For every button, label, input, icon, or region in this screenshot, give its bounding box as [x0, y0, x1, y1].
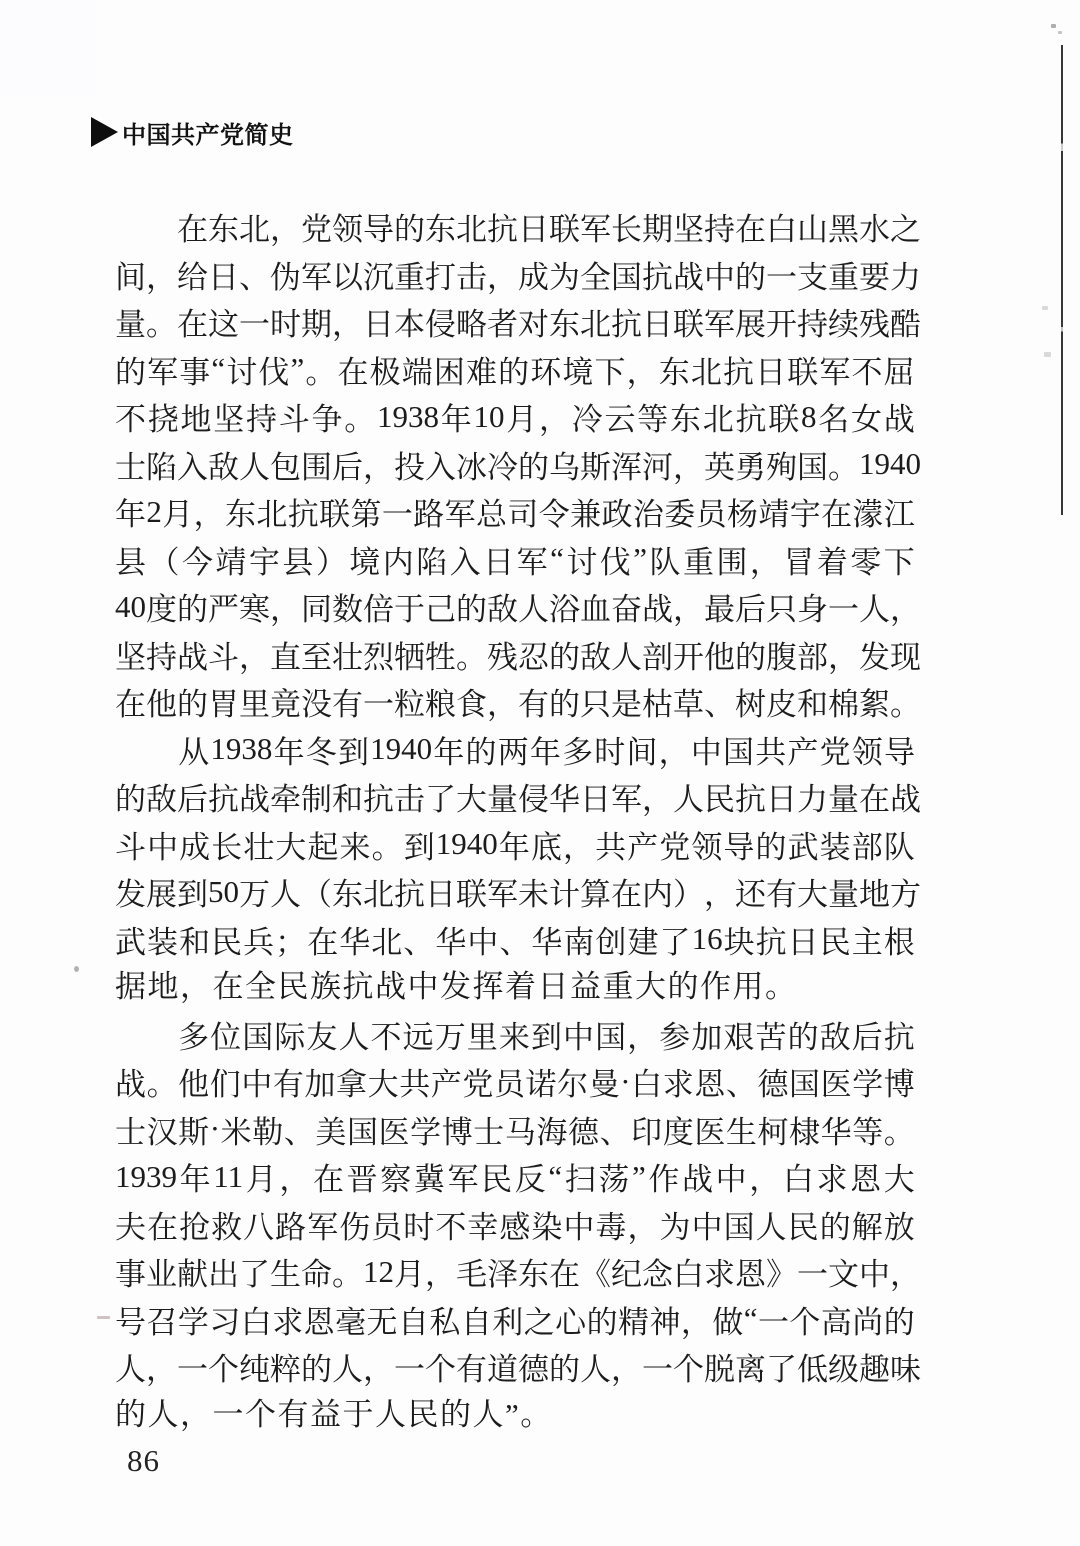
scan-speck — [1044, 352, 1051, 357]
text-line: 事业献出了生命。12月，毛泽东在《纪念白求恩》一文中， — [115, 1248, 915, 1296]
scan-corner-tint — [0, 0, 95, 95]
text-line: 量。在这一时期，日本侵略者对东北抗日联军展开持续残酷 — [115, 298, 915, 346]
text-line: 在东北，党领导的东北抗日联军长期坚持在白山黑水之 — [115, 203, 915, 251]
scan-speck — [1058, 31, 1062, 34]
text-line: 多位国际友人不远万里来到中国，参加艰苦的敌后抗 — [115, 1011, 915, 1059]
text-line: 士陷入敌人包围后，投入冰冷的乌斯浑河，英勇殉国。1940 — [115, 441, 915, 489]
text-line: 40度的严寒，同数倍于己的敌人浴血奋战，最后只身一人， — [115, 583, 915, 631]
book-title: 中国共产党简史 — [122, 115, 294, 150]
margin-dot-artifact — [74, 966, 79, 972]
body-text: 在东北，党领导的东北抗日联军长期坚持在白山黑水之间，给日、伪军以沉重打击，成为全… — [115, 203, 915, 1438]
text-line: 从1938年冬到1940年的两年多时间，中国共产党领导 — [115, 726, 915, 774]
scan-artifact-line — [1061, 45, 1063, 515]
text-line: 不挠地坚持斗争。1938年10月，冷云等东北抗联8名女战 — [115, 393, 915, 441]
book-page: 中国共产党简史 在东北，党领导的东北抗日联军长期坚持在白山黑水之间，给日、伪军以… — [0, 0, 1080, 1546]
text-line: 坚持战斗，直至壮烈牺牲。残忍的敌人剖开他的腹部，发现 — [115, 631, 915, 679]
right-triangle-icon — [91, 117, 118, 147]
text-line: 战。他们中有加拿大共产党员诺尔曼·白求恩、德国医学博 — [115, 1058, 915, 1106]
text-line: 的军事“讨伐”。在极端困难的环境下，东北抗日联军不屈 — [115, 346, 915, 394]
text-line: 夫在抢救八路军伤员时不幸感染中毒，为中国人民的解放 — [115, 1201, 915, 1249]
text-line: 的敌后抗战牵制和抗击了大量侵华日军，人民抗日力量在战 — [115, 773, 915, 821]
text-line: 年2月，东北抗联第一路军总司令兼政治委员杨靖宇在濛江 — [115, 488, 915, 536]
page-number: 86 — [127, 1443, 160, 1479]
text-line: 县（今靖宇县）境内陷入日军“讨伐”队重围，冒着零下 — [115, 536, 915, 584]
text-line: 斗中成长壮大起来。到1940年底，共产党领导的武装部队 — [115, 821, 915, 869]
text-line: 1939年11月，在晋察冀军民反“扫荡”作战中，白求恩大 — [115, 1153, 915, 1201]
text-line: 间，给日、伪军以沉重打击，成为全国抗战中的一支重要力 — [115, 251, 915, 299]
text-line: 在他的胃里竟没有一粒粮食，有的只是枯草、树皮和棉絮。 — [115, 678, 915, 726]
text-line: 据地，在全民族抗战中发挥着日益重大的作用。 — [115, 963, 915, 1011]
text-line: 号召学习白求恩毫无自私自利之心的精神，做“一个高尚的 — [115, 1296, 915, 1344]
text-line: 发展到50万人（东北抗日联军未计算在内），还有大量地方 — [115, 868, 915, 916]
text-line: 武装和民兵；在华北、华中、华南创建了16块抗日民主根 — [115, 916, 915, 964]
text-line: 的人，一个有益于人民的人”。 — [115, 1391, 915, 1439]
chapter-header: 中国共产党简史 — [91, 116, 294, 148]
scan-speck — [1051, 24, 1056, 28]
text-line: 人，一个纯粹的人，一个有道德的人，一个脱离了低级趣味 — [115, 1343, 915, 1391]
margin-dash-artifact — [97, 1316, 110, 1319]
text-line: 士汉斯·米勒、美国医学博士马海德、印度医生柯棣华等。 — [115, 1106, 915, 1154]
scan-speck — [1042, 306, 1048, 310]
